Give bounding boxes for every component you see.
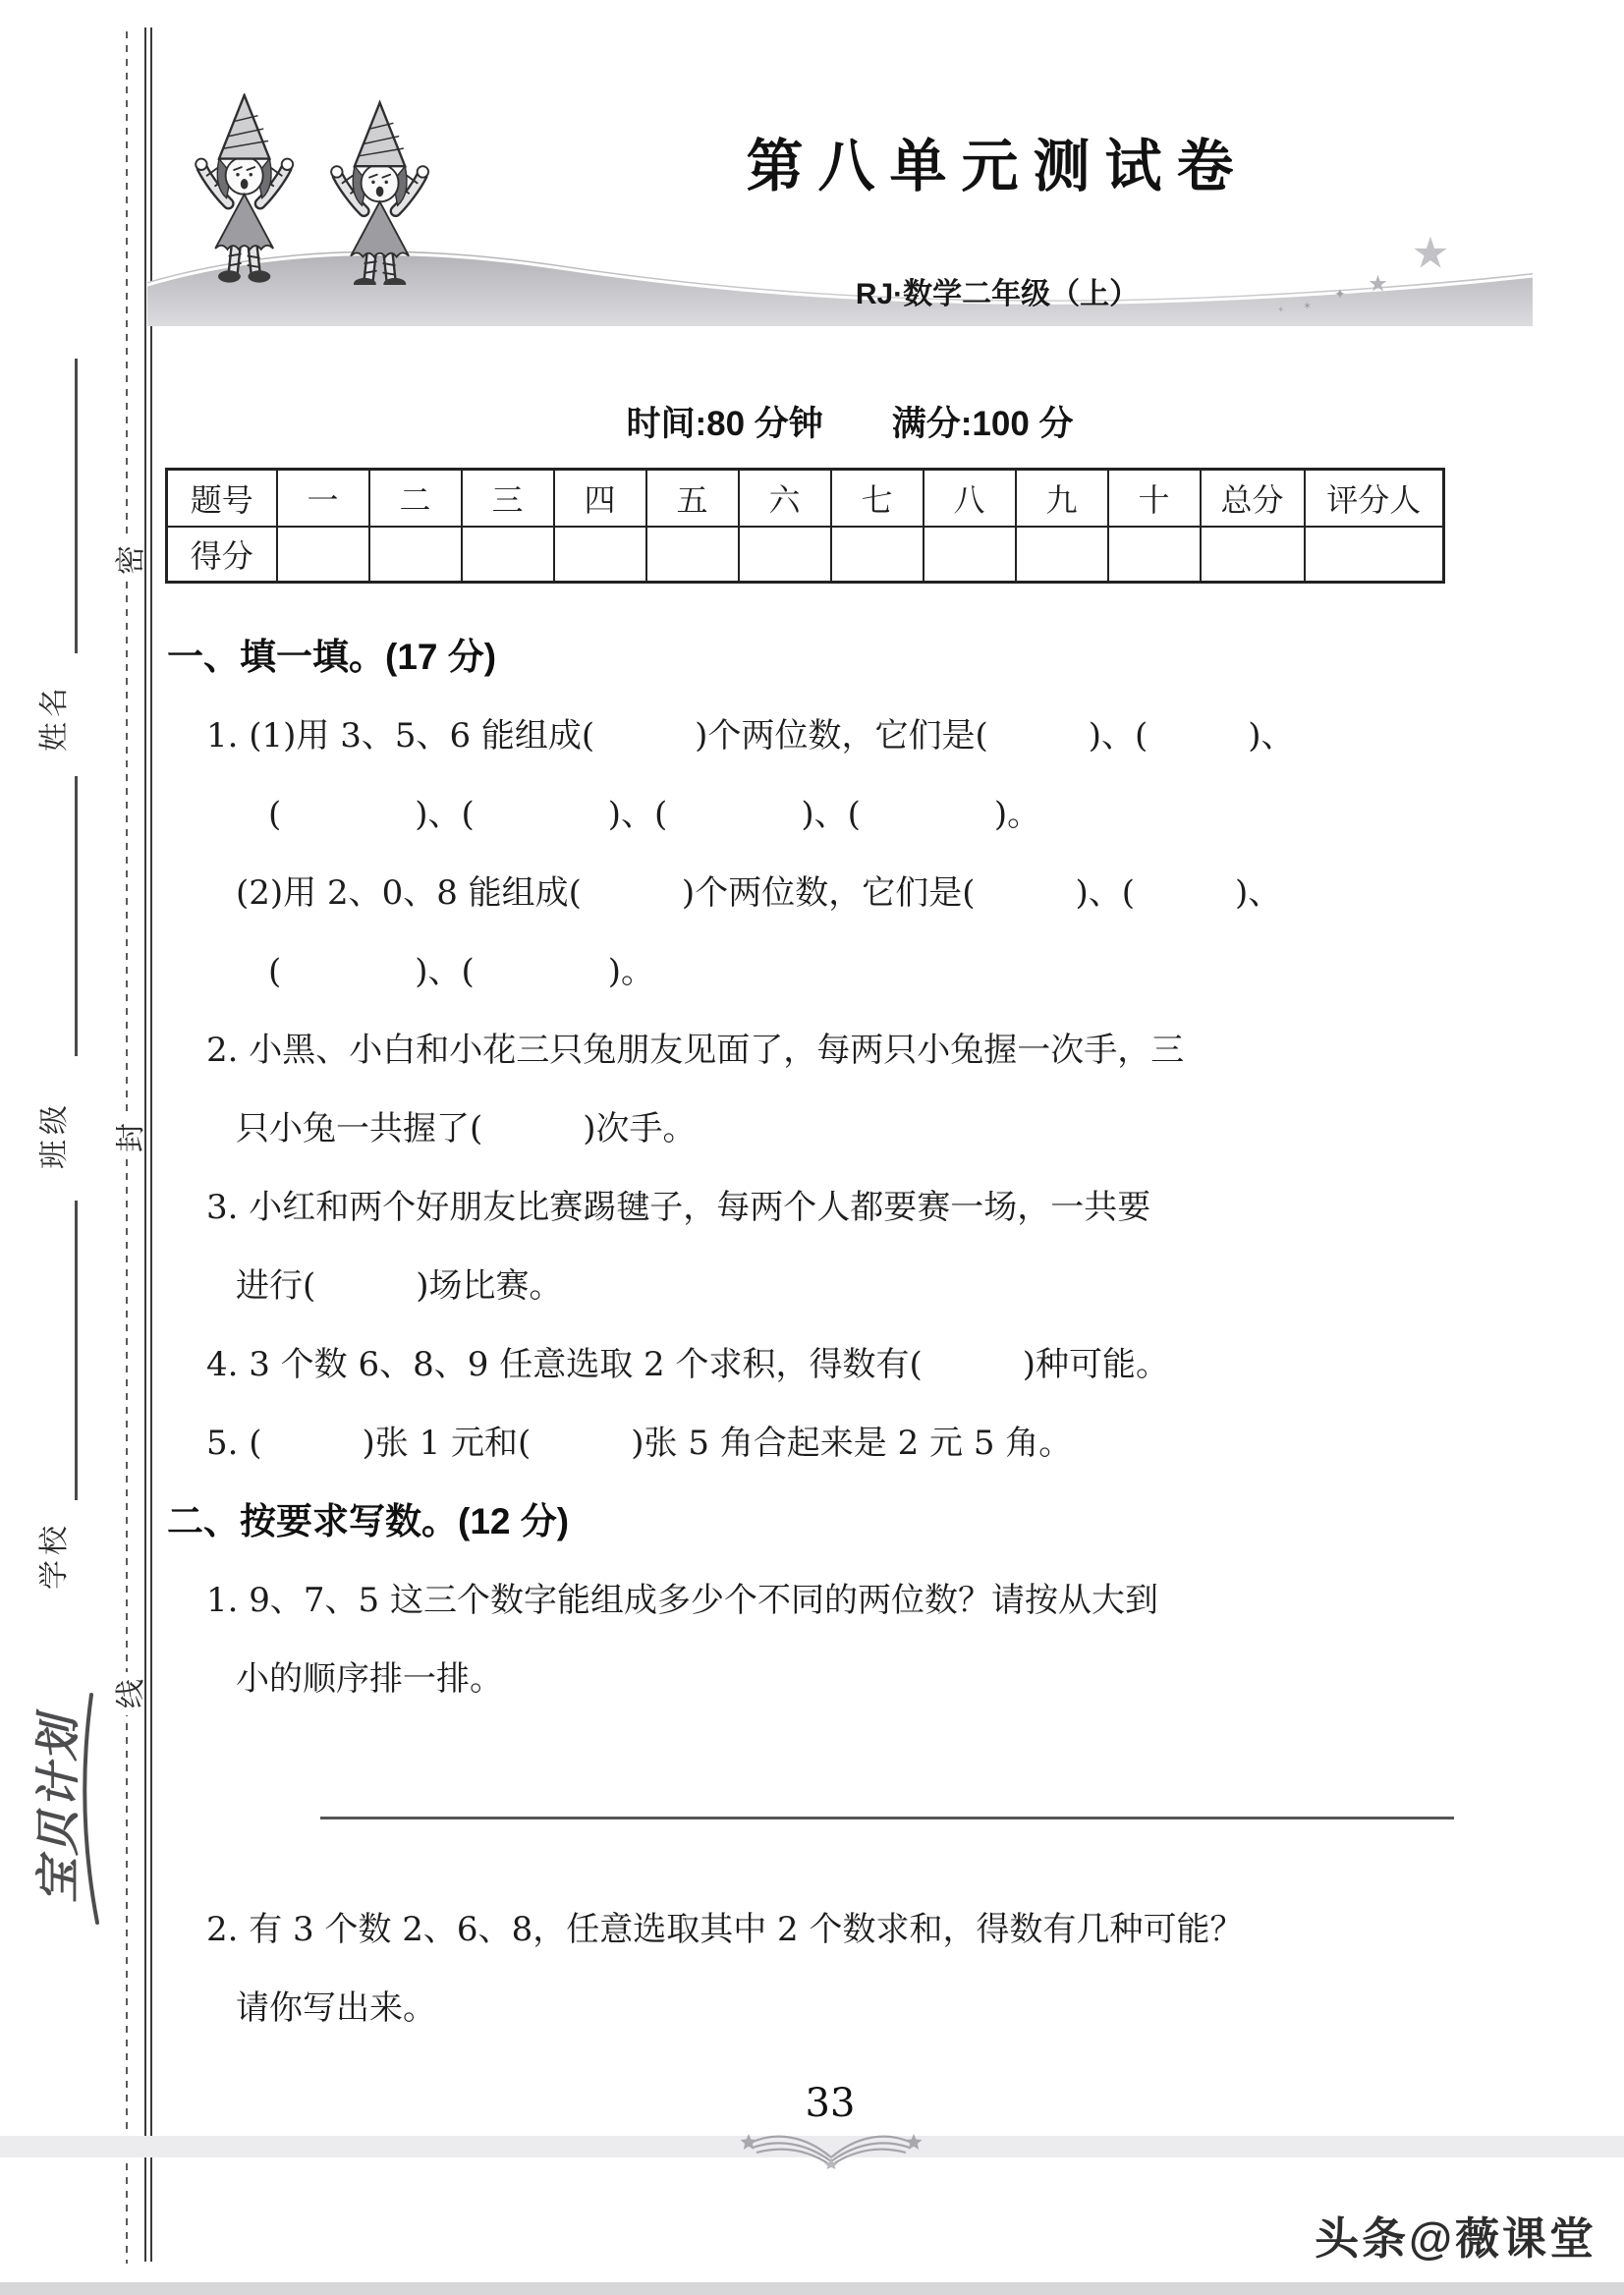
logo-swoosh-icon xyxy=(82,1691,103,1927)
score-col-header: 四 xyxy=(554,470,646,528)
star-icon: ✦ xyxy=(1277,306,1285,315)
score-cell xyxy=(646,527,739,583)
score-table-header-row: 题号 一 二 三 四 五 六 七 八 九 十 总分 评分人 xyxy=(167,470,1444,528)
score-col-header: 十 xyxy=(1108,470,1201,528)
score-cell xyxy=(1108,527,1201,583)
score-cell xyxy=(1201,527,1305,583)
score-cell xyxy=(369,527,462,583)
score-col-header: 一 xyxy=(277,470,369,528)
seal-char-xian: 线 xyxy=(108,1672,147,1715)
clown-characters xyxy=(172,93,457,285)
star-icon: ✦ xyxy=(1334,287,1346,303)
score-col-header: 总分 xyxy=(1201,470,1305,528)
watermark-text: 头条@薇课堂 xyxy=(1315,2203,1596,2267)
star-icon: ★ xyxy=(1413,226,1448,276)
score-col-header: 题号 xyxy=(167,470,277,528)
question-line: ( )、( )。 xyxy=(147,932,1552,1011)
question-line: 2. 有 3 个数 2、6、8，任意选取其中 2 个数求和，得数有几种可能？ xyxy=(147,1890,1552,1969)
score-col-header: 六 xyxy=(739,470,831,528)
content-border-line-outer xyxy=(144,28,146,2262)
score-cell xyxy=(554,527,646,583)
score-col-header: 二 xyxy=(369,470,462,528)
section2-heading: 二、按要求写数。(12 分) xyxy=(147,1483,1552,1561)
star-icon: ★ xyxy=(1369,269,1387,296)
score-cell xyxy=(739,527,831,583)
score-cell xyxy=(462,527,554,583)
question-line: 3. 小红和两个好朋友比赛踢毽子，每两个人都要赛一场，一共要 xyxy=(147,1168,1552,1247)
question-line: 4. 3 个数 6、8、9 任意选取 2 个求积，得数有( )种可能。 xyxy=(147,1325,1552,1404)
score-table-score-row: 得分 xyxy=(167,527,1444,583)
bottom-edge-strip xyxy=(0,2282,1624,2295)
brand-logo: 宝贝计划 xyxy=(19,1661,107,1956)
question-line: (2)用 2、0、8 能组成( )个两位数，它们是( )、( )、 xyxy=(147,854,1552,932)
score-col-header: 五 xyxy=(646,470,739,528)
name-field-label: 姓名 xyxy=(29,678,73,756)
question-line: 小的顺序排一排。 xyxy=(147,1640,1552,1718)
question-line: ( )、( )、( )、( )。 xyxy=(147,775,1552,854)
score-row-label: 得分 xyxy=(167,527,277,583)
score-cell xyxy=(924,527,1016,583)
brand-logo-text: 宝贝计划 xyxy=(23,1714,87,1903)
star-icon: ✶ xyxy=(1303,300,1312,312)
question-line: 2. 小黑、小白和小花三只兔朋友见面了，每两只小兔握一次手，三 xyxy=(147,1011,1552,1090)
score-col-header: 七 xyxy=(831,470,924,528)
full-score-label: 满分:100 分 xyxy=(892,405,1074,443)
score-col-header: 评分人 xyxy=(1305,470,1444,528)
answer-line xyxy=(320,1817,1454,1819)
score-cell xyxy=(277,527,369,583)
score-cell xyxy=(831,527,924,583)
section1-heading: 一、填一填。(17 分) xyxy=(147,618,1552,697)
name-write-line xyxy=(75,359,78,653)
question-line: 1. 9、7、5 这三个数字能组成多少个不同的两位数？请按从大到 xyxy=(147,1561,1552,1640)
score-cell xyxy=(1305,527,1444,583)
school-field-label: 学校 xyxy=(29,1516,73,1595)
score-col-header: 三 xyxy=(462,470,554,528)
exam-meta: 时间:80 分钟满分:100 分 xyxy=(147,395,1552,454)
question-line: 进行( )场比赛。 xyxy=(147,1247,1552,1325)
class-field-label: 班级 xyxy=(29,1095,73,1174)
test-paper-page: 密 封 线 姓名 班级 学校 宝贝计划 xyxy=(0,0,1624,2295)
paper-header: 第八单元测试卷 RJ·数学二年级（上） ★ ★ ✦ ✶ ✦ xyxy=(147,77,1552,326)
time-limit-label: 时间:80 分钟 xyxy=(626,405,822,443)
score-table: 题号 一 二 三 四 五 六 七 八 九 十 总分 评分人 得分 xyxy=(165,468,1445,584)
paper-content: 第八单元测试卷 RJ·数学二年级（上） ★ ★ ✦ ✶ ✦ 时间:80 分钟满分… xyxy=(147,0,1552,2047)
question-line: 1. (1)用 3、5、6 能组成( )个两位数，它们是( )、( )、 xyxy=(147,697,1552,775)
open-book-icon xyxy=(735,2118,927,2169)
question-line: 5. ( )张 1 元和( )张 5 角合起来是 2 元 5 角。 xyxy=(147,1404,1552,1483)
score-col-header: 九 xyxy=(1016,470,1108,528)
seal-char-feng: 封 xyxy=(108,1116,147,1159)
class-write-line xyxy=(75,776,78,1056)
seal-char-mi: 密 xyxy=(108,538,147,582)
school-write-line xyxy=(75,1201,78,1500)
question-line: 请你写出来。 xyxy=(147,1969,1552,2047)
score-col-header: 八 xyxy=(924,470,1016,528)
paper-title: 第八单元测试卷 xyxy=(609,120,1385,202)
paper-subtitle: RJ·数学二年级（上） xyxy=(609,269,1385,312)
score-cell xyxy=(1016,527,1108,583)
question-line: 只小兔一共握了( )次手。 xyxy=(147,1090,1552,1168)
